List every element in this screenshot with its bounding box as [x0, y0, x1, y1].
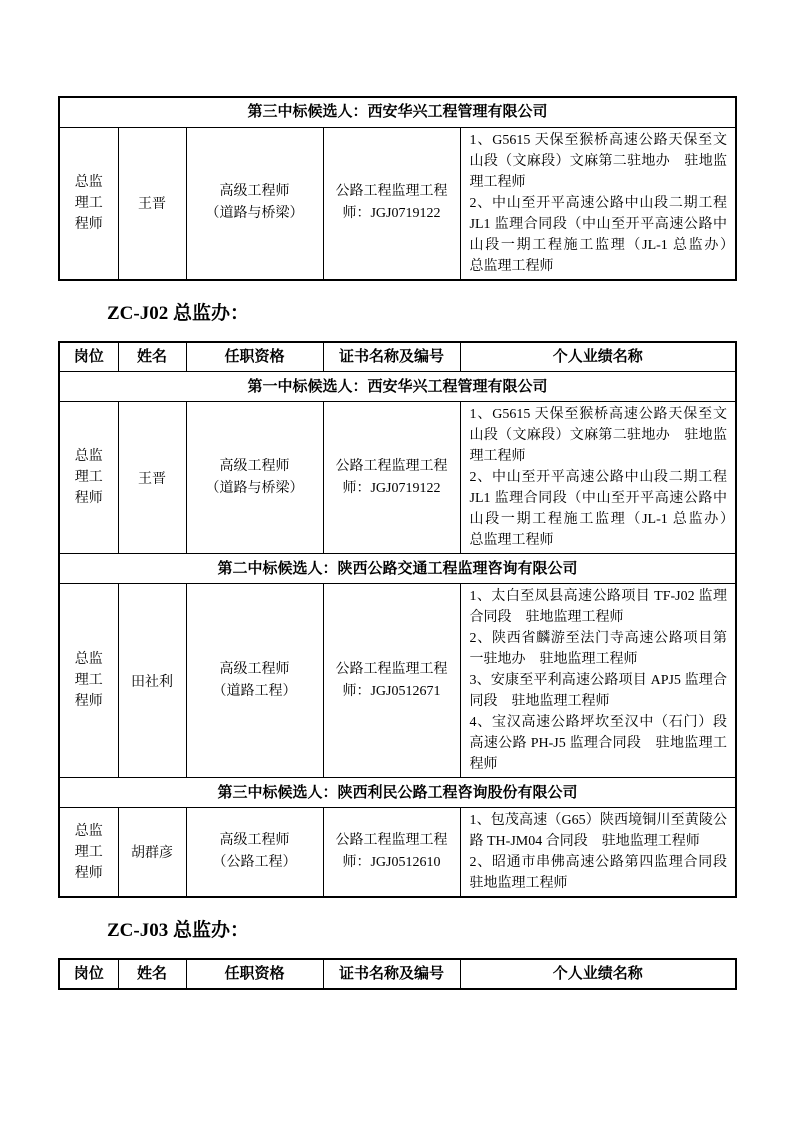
cell-name: 田社利	[118, 584, 186, 778]
section-heading-zc-j02: ZC-J02 总监办：	[107, 304, 793, 324]
cell-name: 胡群彦	[118, 808, 186, 898]
column-header-certificate: 证书名称及编号	[323, 959, 460, 989]
document-page: 第三中标候选人：西安华兴工程管理有限公司 总监理工程师 王晋 高级工程师 （道路…	[0, 0, 793, 1122]
achievement-item: 2、中山至开平高速公路中山段二期工程 JL1 监理合同段（中山至开平高速公路中山…	[470, 467, 728, 551]
table-top-continued: 第三中标候选人：西安华兴工程管理有限公司 总监理工程师 王晋 高级工程师 （道路…	[58, 96, 737, 281]
qualification-line: （道路与桥梁）	[187, 478, 323, 500]
cell-achievements: 1、太白至凤县高速公路项目 TF-J02 监理合同段 驻地监理工程师 2、陕西省…	[460, 584, 736, 778]
cell-qualification: 高级工程师 （道路与桥梁）	[186, 127, 323, 280]
cell-certificate: 公路工程监理工程师：JGJ0512671	[323, 584, 460, 778]
column-header-achievements: 个人业绩名称	[460, 342, 736, 372]
candidate-row: 总监理工程师 王晋 高级工程师 （道路与桥梁） 公路工程监理工程师：JGJ071…	[59, 127, 736, 280]
candidate-row: 总监理工程师 胡群彦 高级工程师 （公路工程） 公路工程监理工程师：JGJ051…	[59, 808, 736, 898]
cell-name: 王晋	[118, 127, 186, 280]
qualification-line: （道路与桥梁）	[187, 203, 323, 225]
achievement-item: 1、G5615 天保至猴桥高速公路天保至文山段（文麻段）文麻第二驻地办 驻地监理…	[470, 130, 728, 193]
candidate-row: 总监理工程师 王晋 高级工程师 （道路与桥梁） 公路工程监理工程师：JGJ071…	[59, 402, 736, 554]
achievement-item: 2、陕西省麟游至法门寺高速公路项目第一驻地办 驻地监理工程师	[470, 628, 728, 670]
achievement-item: 2、昭通市串佛高速公路第四监理合同段 驻地监理工程师	[470, 852, 728, 894]
column-header-qualification: 任职资格	[186, 959, 323, 989]
cell-position: 总监理工程师	[59, 127, 118, 280]
qualification-line: （道路工程）	[187, 681, 323, 703]
qualification-line: 高级工程师	[187, 456, 323, 478]
cell-qualification: 高级工程师 （道路工程）	[186, 584, 323, 778]
company-header-label: 第三中标候选人：陕西利民公路工程咨询股份有限公司	[59, 778, 736, 808]
cell-qualification: 高级工程师 （道路与桥梁）	[186, 402, 323, 554]
column-header-name: 姓名	[118, 959, 186, 989]
column-header-position: 岗位	[59, 342, 118, 372]
qualification-line: 高级工程师	[187, 659, 323, 681]
section-heading-zc-j03: ZC-J03 总监办：	[107, 921, 793, 941]
achievement-item: 1、G5615 天保至猴桥高速公路天保至文山段（文麻段）文麻第二驻地办 驻地监理…	[470, 404, 728, 467]
cell-certificate: 公路工程监理工程师：JGJ0512610	[323, 808, 460, 898]
achievement-item: 2、中山至开平高速公路中山段二期工程 JL1 监理合同段（中山至开平高速公路中山…	[470, 193, 728, 277]
cell-certificate: 公路工程监理工程师：JGJ0719122	[323, 127, 460, 280]
candidate-row: 总监理工程师 田社利 高级工程师 （道路工程） 公路工程监理工程师：JGJ051…	[59, 584, 736, 778]
table-zc-j02: 岗位 姓名 任职资格 证书名称及编号 个人业绩名称 第一中标候选人：西安华兴工程…	[58, 341, 737, 899]
cell-certificate: 公路工程监理工程师：JGJ0719122	[323, 402, 460, 554]
qualification-line: （公路工程）	[187, 852, 323, 874]
cell-achievements: 1、包茂高速（G65）陕西境铜川至黄陵公路 TH-JM04 合同段 驻地监理工程…	[460, 808, 736, 898]
table-zc-j03: 岗位 姓名 任职资格 证书名称及编号 个人业绩名称	[58, 958, 737, 990]
cell-position: 总监理工程师	[59, 402, 118, 554]
cell-qualification: 高级工程师 （公路工程）	[186, 808, 323, 898]
table-header-row: 岗位 姓名 任职资格 证书名称及编号 个人业绩名称	[59, 959, 736, 989]
cell-name: 王晋	[118, 402, 186, 554]
cell-position: 总监理工程师	[59, 584, 118, 778]
company-header-row: 第三中标候选人：西安华兴工程管理有限公司	[59, 97, 736, 127]
company-header-row: 第三中标候选人：陕西利民公路工程咨询股份有限公司	[59, 778, 736, 808]
column-header-position: 岗位	[59, 959, 118, 989]
achievement-item: 3、安康至平利高速公路项目 APJ5 监理合同段 驻地监理工程师	[470, 670, 728, 712]
company-header-row: 第二中标候选人：陕西公路交通工程监理咨询有限公司	[59, 554, 736, 584]
column-header-achievements: 个人业绩名称	[460, 959, 736, 989]
company-header-label: 第一中标候选人：西安华兴工程管理有限公司	[59, 372, 736, 402]
achievement-item: 1、太白至凤县高速公路项目 TF-J02 监理合同段 驻地监理工程师	[470, 586, 728, 628]
table-header-row: 岗位 姓名 任职资格 证书名称及编号 个人业绩名称	[59, 342, 736, 372]
cell-position: 总监理工程师	[59, 808, 118, 898]
qualification-line: 高级工程师	[187, 181, 323, 203]
column-header-certificate: 证书名称及编号	[323, 342, 460, 372]
cell-achievements: 1、G5615 天保至猴桥高速公路天保至文山段（文麻段）文麻第二驻地办 驻地监理…	[460, 127, 736, 280]
achievement-item: 4、宝汉高速公路坪坎至汉中（石门）段高速公路 PH-J5 监理合同段 驻地监理工…	[470, 712, 728, 775]
achievement-item: 1、包茂高速（G65）陕西境铜川至黄陵公路 TH-JM04 合同段 驻地监理工程…	[470, 810, 728, 852]
column-header-name: 姓名	[118, 342, 186, 372]
company-header-row: 第一中标候选人：西安华兴工程管理有限公司	[59, 372, 736, 402]
company-header-label: 第三中标候选人：西安华兴工程管理有限公司	[59, 97, 736, 127]
qualification-line: 高级工程师	[187, 830, 323, 852]
column-header-qualification: 任职资格	[186, 342, 323, 372]
company-header-label: 第二中标候选人：陕西公路交通工程监理咨询有限公司	[59, 554, 736, 584]
cell-achievements: 1、G5615 天保至猴桥高速公路天保至文山段（文麻段）文麻第二驻地办 驻地监理…	[460, 402, 736, 554]
